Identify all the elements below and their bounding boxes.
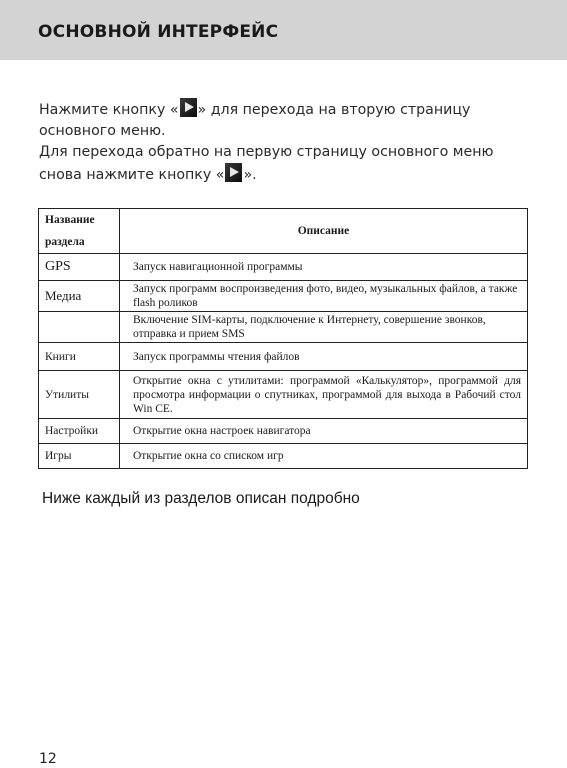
column-header-description: Описание (120, 209, 528, 254)
table-row: Включение SIM-карты, подключение к Интер… (39, 312, 528, 343)
table-row: Книги Запуск программы чтения файлов (39, 343, 528, 371)
section-name: GPS (39, 254, 120, 281)
table-row: Игры Открытие окна со списком игр (39, 444, 528, 469)
section-description: Запуск программы чтения файлов (120, 343, 528, 371)
section-name: Медиа (39, 281, 120, 312)
section-description: Запуск навигационной программы (120, 254, 528, 281)
page-title: ОСНОВНОЙ ИНТЕРФЕЙС (38, 22, 278, 42)
table-row: Настройки Открытие окна настроек навигат… (39, 419, 528, 444)
table-header-row: Название раздела Описание (39, 209, 528, 254)
section-name (39, 312, 120, 343)
intro-paragraph-back: Для перехода обратно на первую страницу … (39, 142, 519, 186)
section-description: Включение SIM-карты, подключение к Интер… (120, 312, 528, 343)
section-description: Открытие окна с утилитами: программой «К… (120, 371, 528, 419)
footer-note: Ниже каждый из разделов описан подробно (42, 490, 360, 508)
section-name: Книги (39, 343, 120, 371)
page-number: 12 (39, 751, 57, 767)
column-header-name: Название раздела (39, 209, 120, 254)
section-description: Запуск программ воспроизведения фото, ви… (120, 281, 528, 312)
play-arrow-icon (180, 98, 197, 117)
header-band: ОСНОВНОЙ ИНТЕРФЕЙС (0, 0, 567, 60)
section-name: Настройки (39, 419, 120, 444)
section-name: Игры (39, 444, 120, 469)
sections-table: Название раздела Описание GPS Запуск нав… (38, 208, 528, 469)
intro-paragraph-next: Нажмите кнопку «» для перехода на вторую… (39, 98, 519, 142)
table-row: GPS Запуск навигационной программы (39, 254, 528, 281)
section-description: Открытие окна настроек навигатора (120, 419, 528, 444)
table-row: Утилиты Открытие окна с утилитами: прогр… (39, 371, 528, 419)
section-name: Утилиты (39, 371, 120, 419)
table-row: Медиа Запуск программ воспроизведения фо… (39, 281, 528, 312)
section-description: Открытие окна со списком игр (120, 444, 528, 469)
intro-text: Нажмите кнопку «» для перехода на вторую… (39, 98, 519, 186)
play-arrow-icon (225, 163, 242, 182)
